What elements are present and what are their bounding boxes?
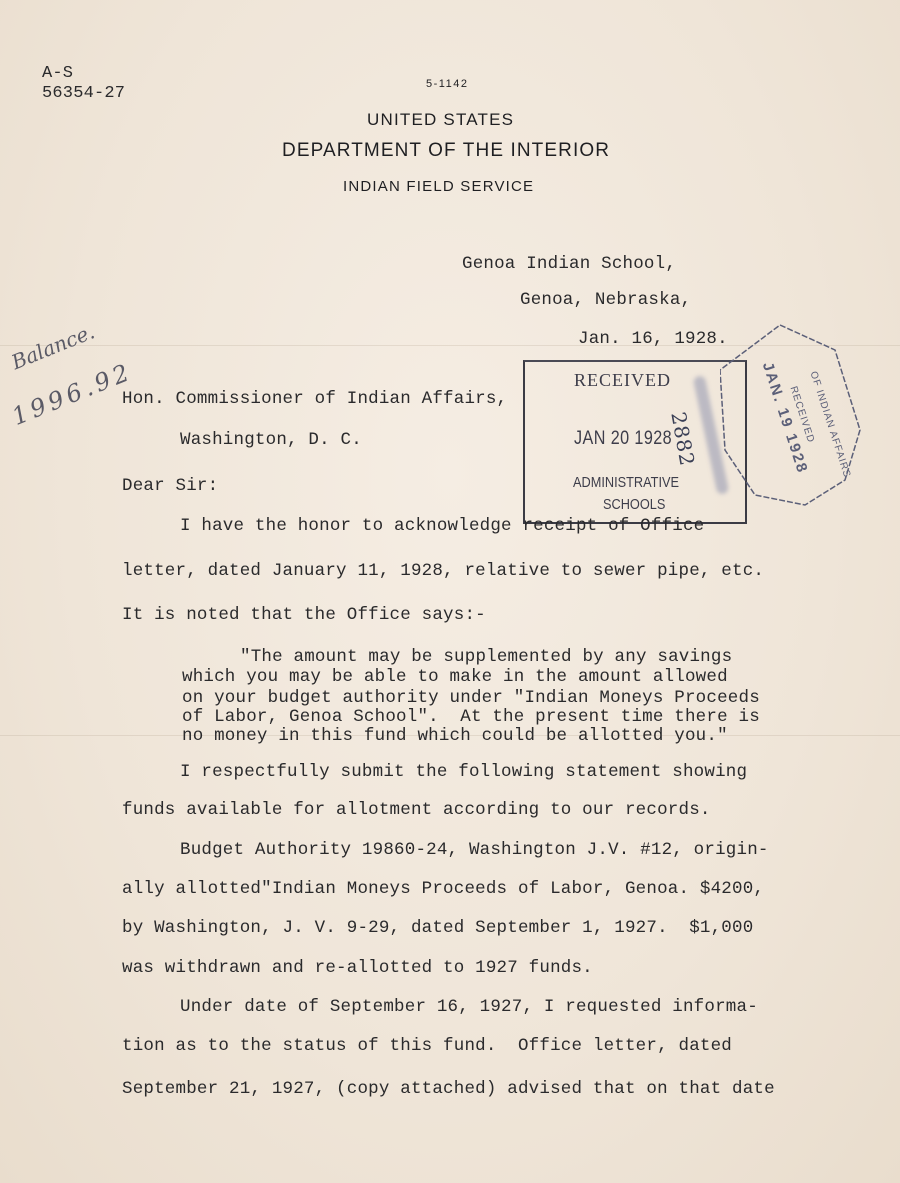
body-p3-line2: ally allotted"Indian Moneys Proceeds of … <box>122 879 764 899</box>
sender-school: Genoa Indian School, <box>462 254 676 274</box>
body-p1-line3: It is noted that the Office says:- <box>122 605 486 625</box>
received-stamp-dept: ADMINISTRATIVE <box>573 474 679 491</box>
handwritten-balance-label: Balance. <box>8 319 98 374</box>
body-p4-line1: Under date of September 16, 1927, I requ… <box>180 997 758 1017</box>
body-p4-line3: September 21, 1927, (copy attached) advi… <box>122 1079 775 1099</box>
letterhead-united-states: UNITED STATES <box>367 110 514 130</box>
body-p3-line3: by Washington, J. V. 9-29, dated Septemb… <box>122 918 753 938</box>
recipient-title: Hon. Commissioner of Indian Affairs, <box>122 389 507 409</box>
file-code-line1: A-S <box>42 64 73 83</box>
received-stamp-title: RECEIVED <box>574 370 671 391</box>
quote-line5: no money in this fund which could be all… <box>182 726 728 746</box>
body-p4-line2: tion as to the status of this fund. Offi… <box>122 1036 732 1056</box>
received-stamp-date: JAN 20 1928 <box>574 428 672 450</box>
body-p2-line2: funds available for allotment according … <box>122 800 711 820</box>
body-p3-line1: Budget Authority 19860-24, Washington J.… <box>180 840 769 860</box>
body-p1-line1: I have the honor to acknowledge receipt … <box>180 516 704 536</box>
quote-line4: of Labor, Genoa School". At the present … <box>182 707 760 727</box>
letterhead-department: DEPARTMENT OF THE INTERIOR <box>282 140 610 162</box>
quote-line1: "The amount may be supplemented by any s… <box>240 647 732 667</box>
salutation: Dear Sir: <box>122 476 218 496</box>
quote-line3: on your budget authority under "Indian M… <box>182 688 760 708</box>
indian-affairs-stamp <box>720 320 870 520</box>
letterhead-service: INDIAN FIELD SERVICE <box>343 178 534 195</box>
form-number: 5-1142 <box>426 78 468 90</box>
recipient-city: Washington, D. C. <box>180 430 362 450</box>
sender-city: Genoa, Nebraska, <box>520 290 691 310</box>
body-p3-line4: was withdrawn and re-allotted to 1927 fu… <box>122 958 593 978</box>
file-code-line2: 56354-27 <box>42 84 125 103</box>
body-p2-line1: I respectfully submit the following stat… <box>180 762 747 782</box>
letter-date: Jan. 16, 1928. <box>578 329 728 349</box>
received-stamp-schools: SCHOOLS <box>603 496 665 513</box>
quote-line2: which you may be able to make in the amo… <box>182 667 728 687</box>
body-p1-line2: letter, dated January 11, 1928, relative… <box>122 561 764 581</box>
